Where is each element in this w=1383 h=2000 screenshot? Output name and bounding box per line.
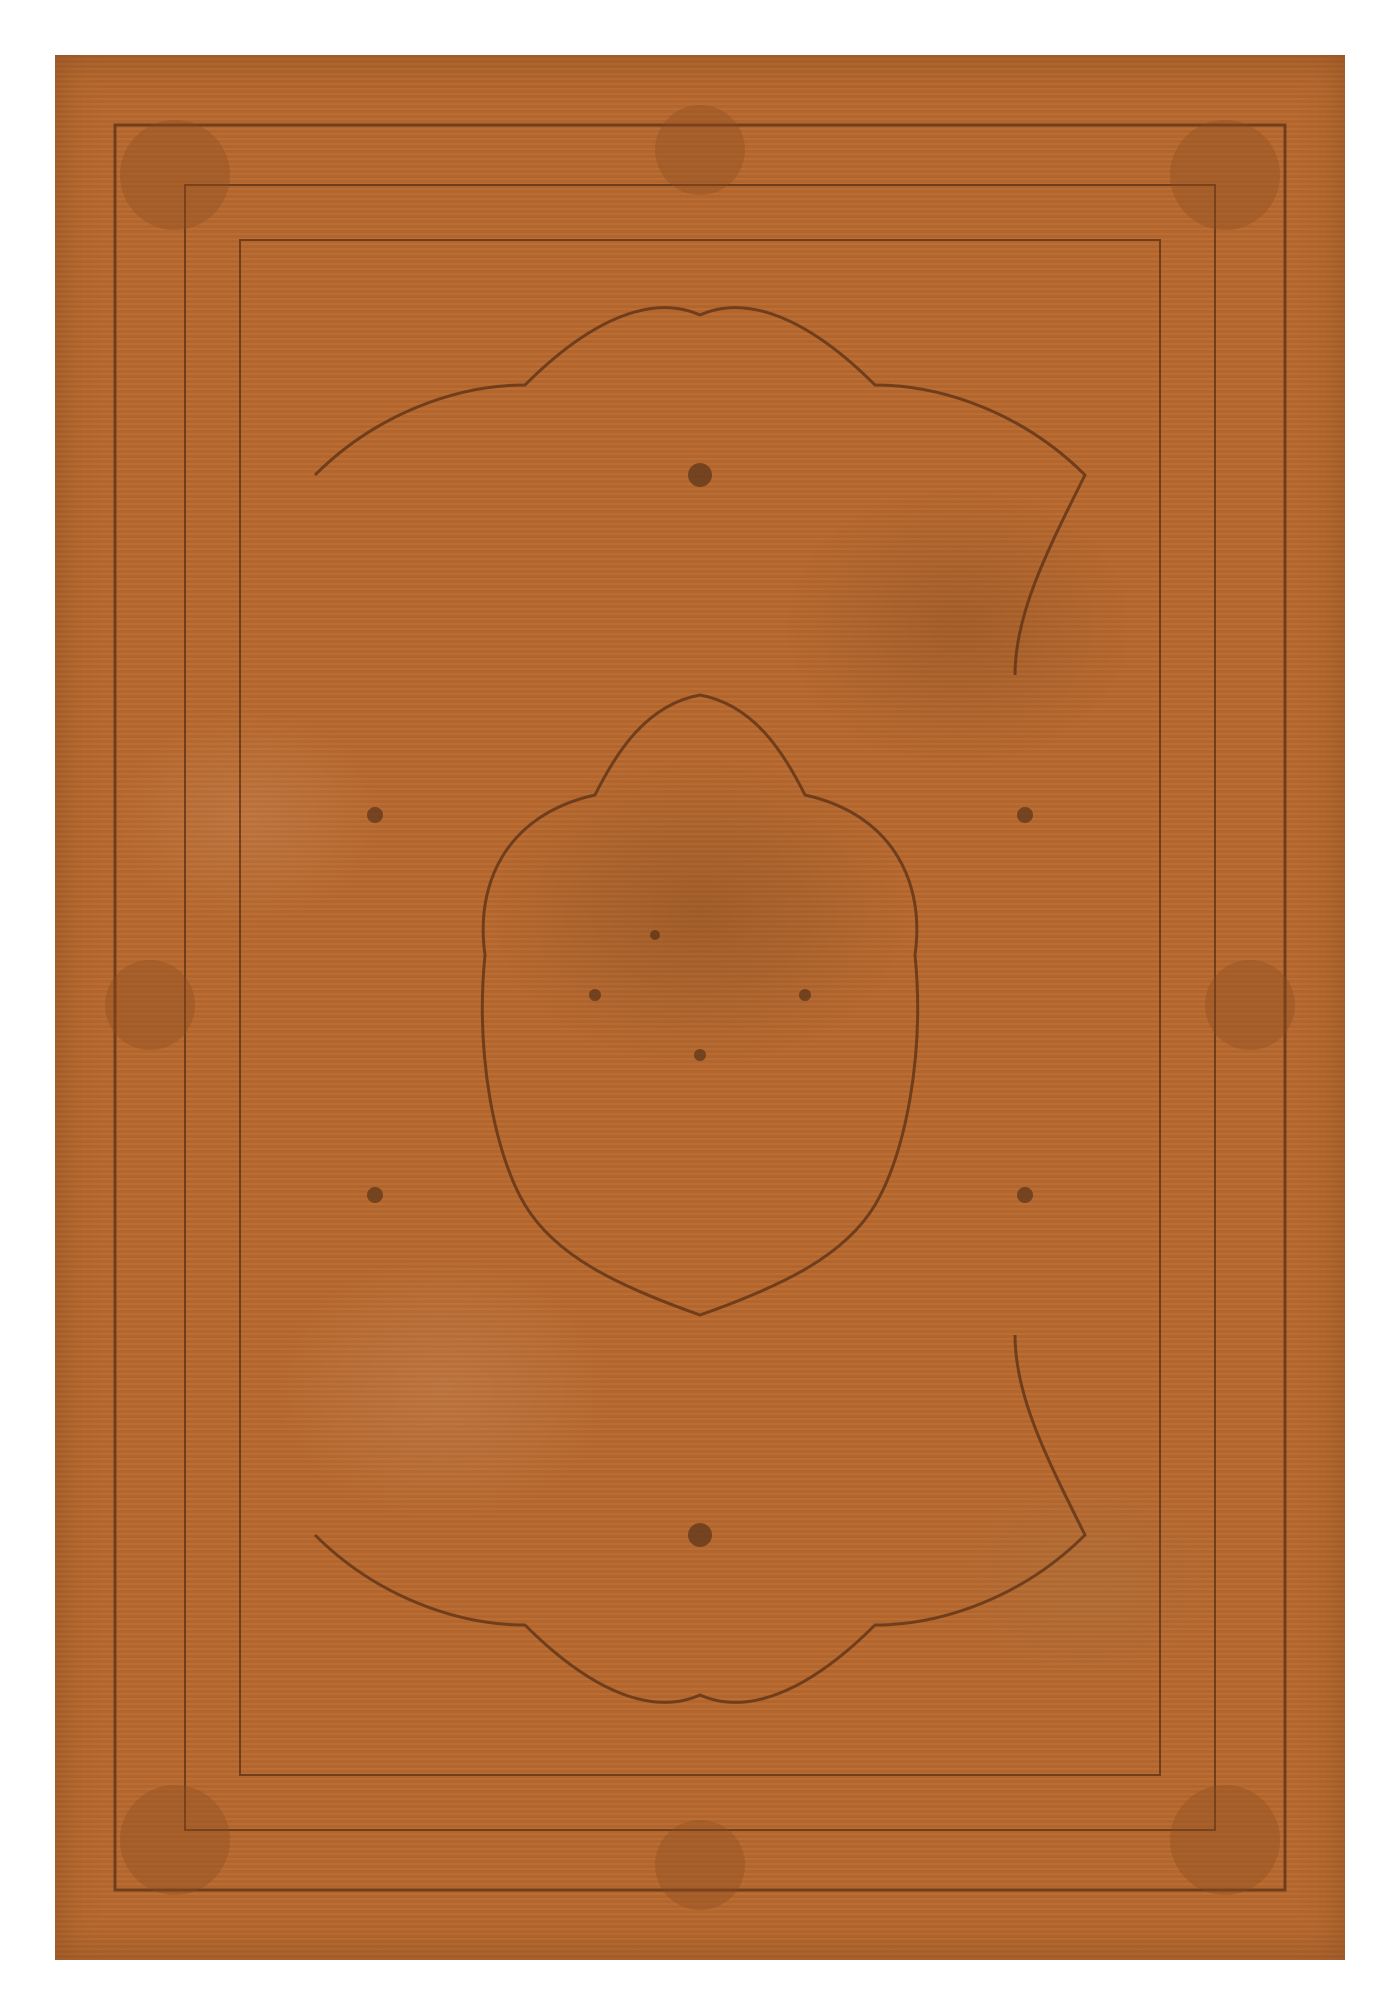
rug-pattern — [55, 55, 1345, 1960]
rug — [55, 55, 1345, 1960]
